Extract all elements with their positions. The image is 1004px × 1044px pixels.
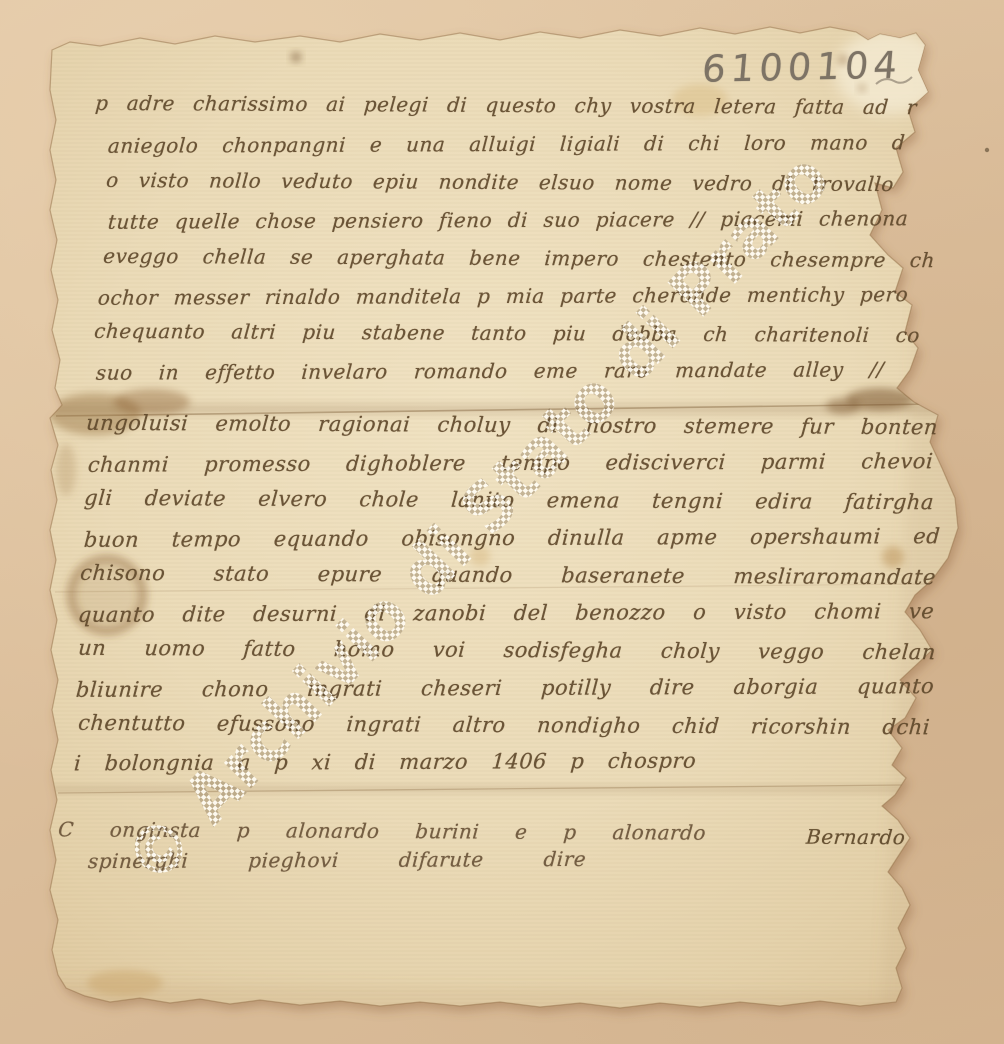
copyright-watermark: © Archivio di Stato di Prato	[0, 0, 1004, 1044]
scan-background: 6100104 p adre charissimo ai pelegi di q…	[0, 0, 1004, 1044]
watermark-text: © Archivio di Stato di Prato	[110, 139, 845, 901]
